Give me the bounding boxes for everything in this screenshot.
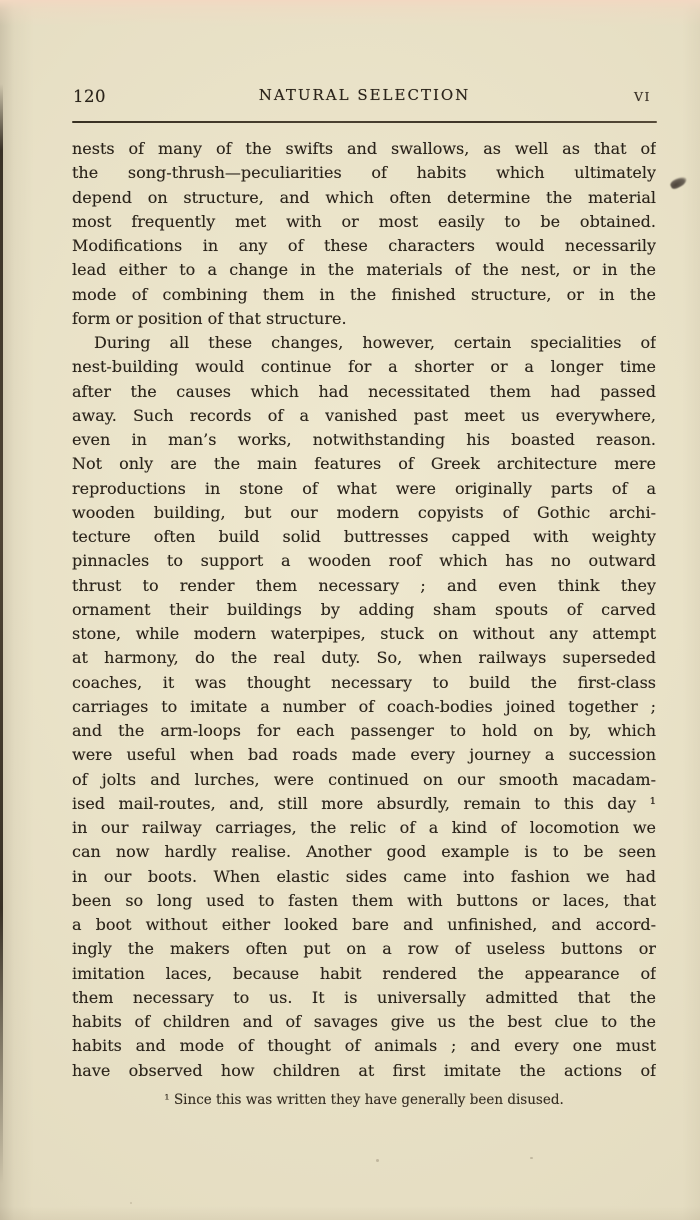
- text-line: were useful when bad roads made every jo…: [72, 743, 656, 767]
- text-line: nest-building would continue for a short…: [72, 355, 656, 379]
- footnote-text: ¹ Since this was written they have gener…: [164, 1092, 564, 1108]
- text-line: mode of combining them in the finished s…: [72, 283, 656, 307]
- paper-speck: [130, 1202, 132, 1204]
- text-line: thrust to render them necessary ; and ev…: [72, 574, 656, 598]
- text-line: ingly the makers often put on a row of u…: [72, 937, 656, 961]
- running-header: 120 NATURAL SELECTION VI: [72, 86, 657, 108]
- text-line: wooden building, but our modern copyists…: [72, 501, 656, 525]
- text-line: imitation laces, because habit rendered …: [72, 962, 656, 986]
- text-line: a boot without either looked bare and un…: [72, 913, 656, 937]
- scan-left-edge: [0, 84, 3, 1184]
- text-line: reproductions in stone of what were orig…: [72, 477, 656, 501]
- paper-speck: [376, 1159, 379, 1162]
- text-line: Modifications in any of these characters…: [72, 234, 656, 258]
- text-line: ised mail-routes, and, still more absurd…: [72, 792, 656, 816]
- body-text: nests of many of the swifts and swallows…: [72, 137, 656, 1083]
- text-line: at harmony, do the real duty. So, when r…: [72, 646, 656, 670]
- paper-speck: [530, 1157, 533, 1159]
- text-line: most frequently met with or most easily …: [72, 210, 656, 234]
- text-line: During all these changes, however, certa…: [72, 331, 656, 355]
- text-line: habits and mode of thought of animals ; …: [72, 1034, 656, 1058]
- text-line: pinnacles to support a wooden roof which…: [72, 549, 656, 573]
- text-line: after the causes which had necessitated …: [72, 380, 656, 404]
- text-line: lead either to a change in the materials…: [72, 258, 656, 282]
- text-line: Not only are the main features of Greek …: [72, 452, 656, 476]
- ink-smudge: [669, 175, 688, 191]
- text-line: of jolts and lurches, were continued on …: [72, 768, 656, 792]
- text-line: depend on structure, and which often det…: [72, 186, 656, 210]
- running-title: NATURAL SELECTION: [259, 86, 471, 104]
- text-line: tecture often build solid buttresses cap…: [72, 525, 656, 549]
- page-number: 120: [73, 87, 106, 106]
- text-line: the song-thrush—peculiarities of habits …: [72, 161, 656, 185]
- text-line: carriages to imitate a number of coach-b…: [72, 695, 656, 719]
- text-line: form or position of that structure.: [72, 307, 656, 331]
- chapter-folio: VI: [634, 89, 651, 104]
- text-line: even in man’s works, notwithstanding his…: [72, 428, 656, 452]
- text-line: away. Such records of a vanished past me…: [72, 404, 656, 428]
- header-rule: [72, 121, 657, 123]
- scanned-book-page: 120 NATURAL SELECTION VI nests of many o…: [0, 0, 700, 1220]
- text-line: been so long used to fasten them with bu…: [72, 889, 656, 913]
- text-line: in our boots. When elastic sides came in…: [72, 865, 656, 889]
- text-line: have observed how children at first imit…: [72, 1059, 656, 1083]
- text-line: habits of children and of savages give u…: [72, 1010, 656, 1034]
- text-line: can now hardly realise. Another good exa…: [72, 840, 656, 864]
- text-line: nests of many of the swifts and swallows…: [72, 137, 656, 161]
- text-line: ornament their buildings by adding sham …: [72, 598, 656, 622]
- text-line: and the arm-loops for each passenger to …: [72, 719, 656, 743]
- text-line: them necessary to us. It is universally …: [72, 986, 656, 1010]
- footnote: ¹ Since this was written they have gener…: [72, 1092, 656, 1108]
- text-line: in our railway carriages, the relic of a…: [72, 816, 656, 840]
- text-line: coaches, it was thought necessary to bui…: [72, 671, 656, 695]
- text-line: stone, while modern waterpipes, stuck on…: [72, 622, 656, 646]
